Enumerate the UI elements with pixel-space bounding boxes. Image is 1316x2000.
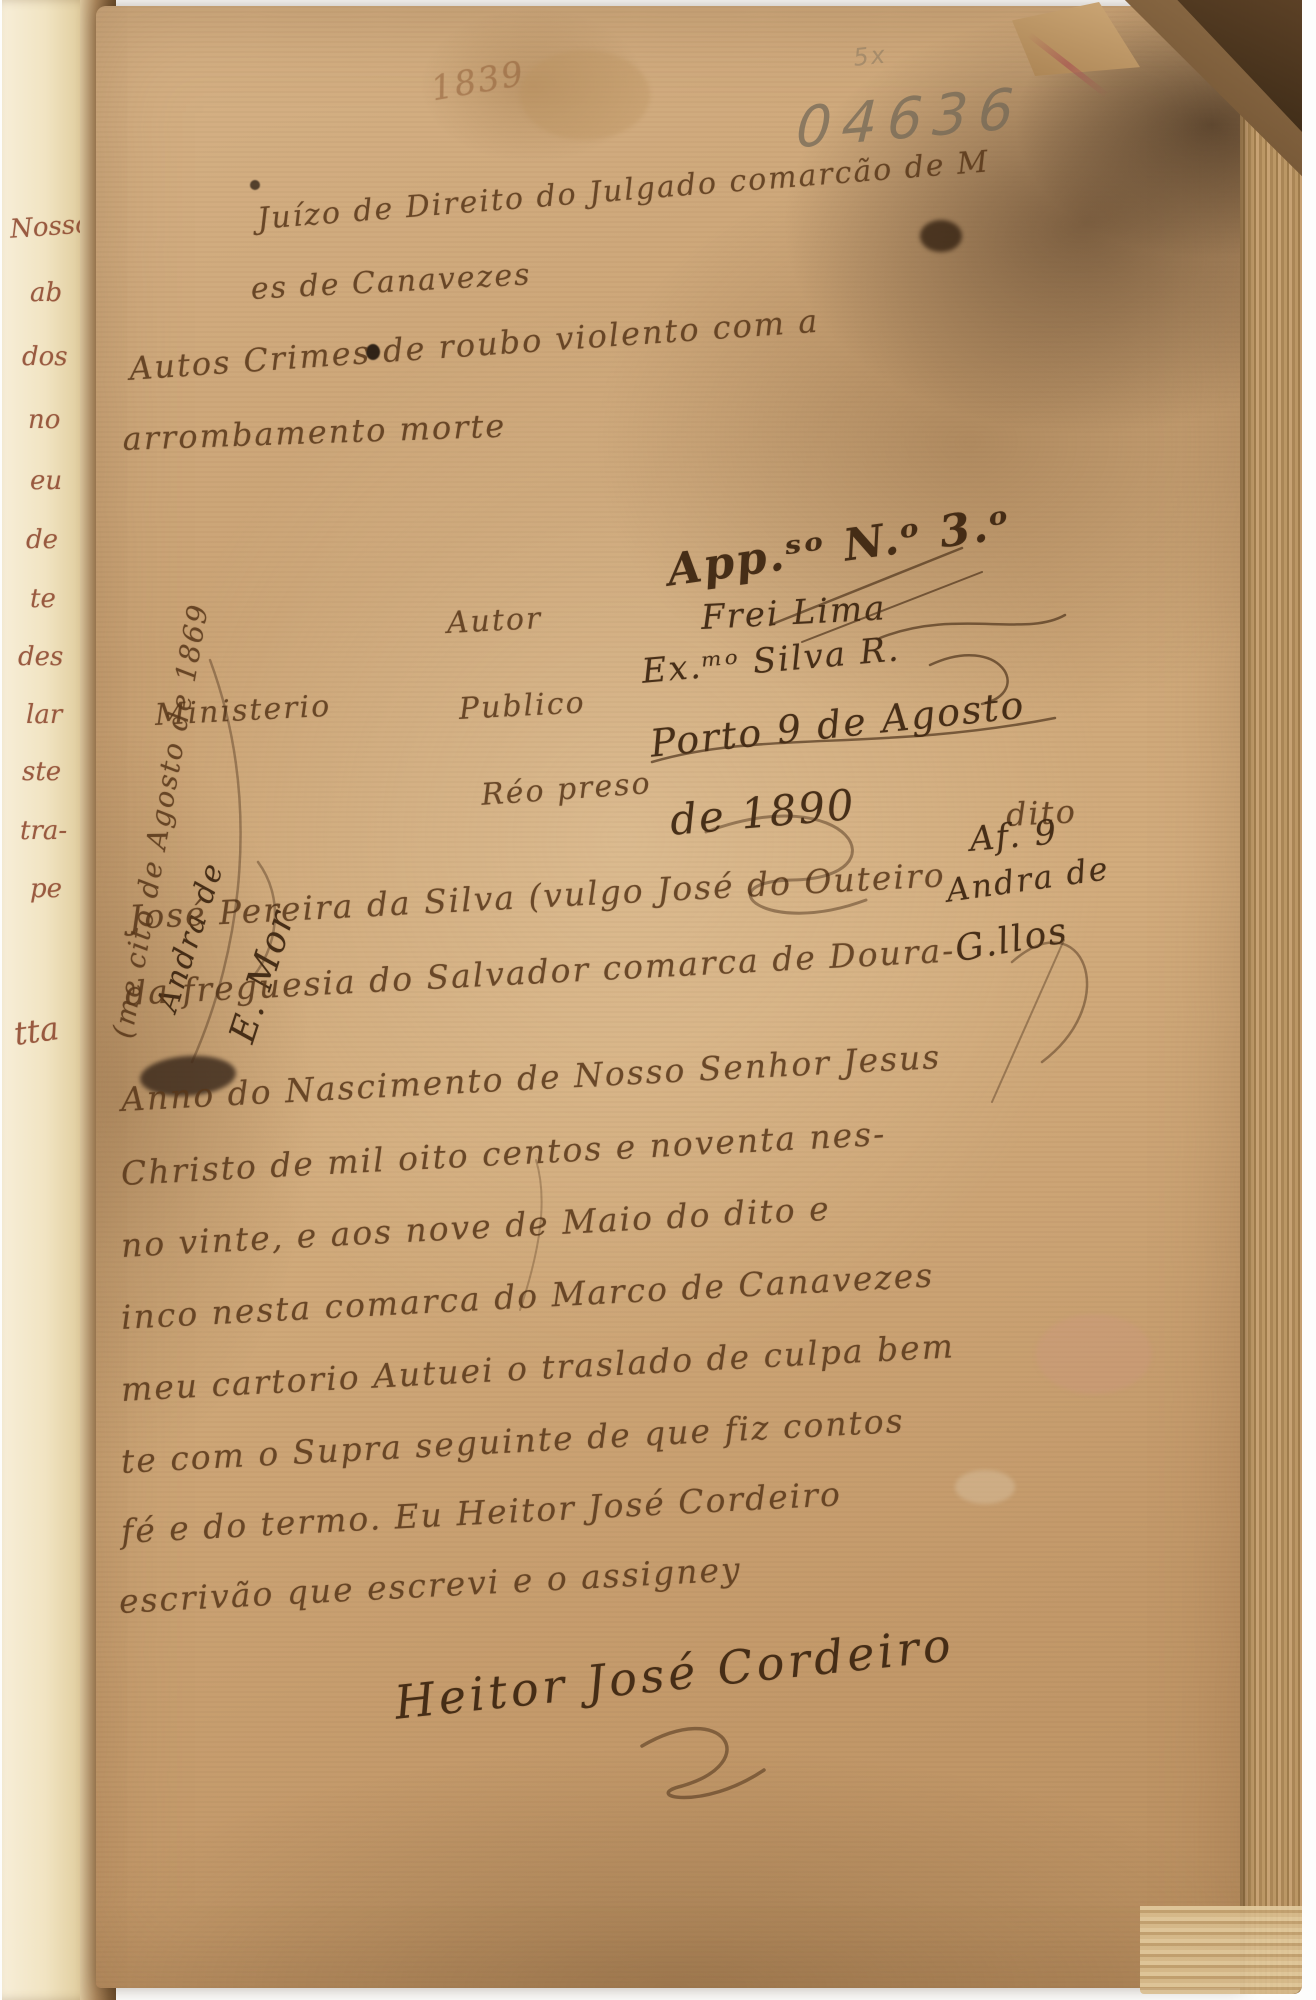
left-page-fragment: tta: [12, 1009, 62, 1053]
left-page-fragment: de: [26, 525, 58, 555]
ink-dot: [250, 180, 260, 190]
publico-label: Publico: [458, 685, 586, 727]
left-page-fragment: lar: [26, 700, 62, 730]
light-spot: [955, 1470, 1015, 1504]
left-page-fragment: des: [18, 642, 63, 672]
left-page-fragment: dos: [22, 342, 68, 372]
manuscript-photo: Nosso ab dos no eu de te des lar ste tra…: [0, 0, 1316, 2000]
page-edges-bottom: [1140, 1906, 1302, 1994]
right-margin-line1: Af. 9: [968, 812, 1060, 860]
left-page-fragment: tra-: [20, 816, 67, 846]
left-page-fragment: no: [28, 405, 60, 435]
ink-blot: [920, 220, 962, 252]
left-page-fragment: te: [30, 584, 56, 614]
pencil-mark: 5x: [852, 40, 888, 71]
left-page-fragment: eu: [30, 466, 62, 496]
left-page-fragment: ab: [30, 278, 62, 308]
autor-label: Autor: [446, 601, 543, 641]
left-page-fragment: ste: [22, 757, 61, 787]
water-stain: [520, 50, 650, 140]
left-page-fragment: pe: [30, 874, 62, 904]
pink-stain: [1036, 1314, 1152, 1394]
page-edges: [1240, 0, 1302, 1994]
